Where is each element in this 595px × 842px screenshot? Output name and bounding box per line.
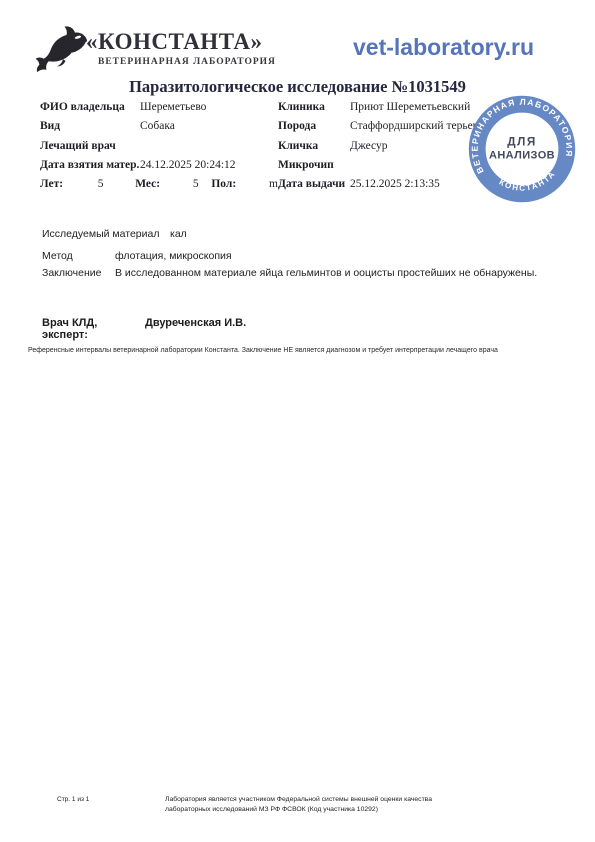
field-clinic: Клиника Приют Шереметьевский [278, 101, 493, 120]
field-label: Клиника [278, 101, 350, 113]
field-breed: Порода Стаффордширский терьер [278, 120, 493, 139]
years-label: Лет: [40, 178, 98, 197]
months-value: 5 [193, 178, 211, 197]
field-value: 25.12.2025 2:13:35 [350, 178, 440, 190]
field-value: 24.12.2025 20:24:12 [140, 159, 236, 171]
lab-website: vet-laboratory.ru [353, 34, 553, 61]
field-label: Дата взятия матер. [40, 159, 140, 171]
field-label: Микрочип [278, 159, 350, 171]
field-pet-name: Кличка Джесур [278, 140, 493, 159]
sex-value: m [269, 178, 278, 197]
signature-doctor-name: Двуреченская И.В. [145, 317, 246, 341]
field-label: Дата выдачи [278, 178, 350, 190]
months-label: Мес: [135, 178, 193, 197]
lab-report-page: «КОНСТАНТА» ВЕТЕРИНАРНАЯ ЛАБОРАТОРИЯ vet… [0, 0, 595, 842]
result-method-row: Метод флотация, микроскопия [42, 250, 562, 262]
patient-info-right: Клиника Приют Шереметьевский Порода Стаф… [278, 101, 493, 197]
field-value: Собака [140, 120, 175, 132]
field-issue-date: Дата выдачи 25.12.2025 2:13:35 [278, 178, 493, 197]
material-value: кал [170, 228, 187, 240]
field-value: Джесур [350, 140, 387, 152]
orca-logo-icon [34, 24, 92, 74]
field-microchip: Микрочип [278, 159, 493, 178]
field-owner: ФИО владельца Шереметьево [40, 101, 278, 120]
result-material-row: Исследуемый материал кал [42, 228, 562, 240]
lab-subtitle: ВЕТЕРИНАРНАЯ ЛАБОРАТОРИЯ [98, 57, 276, 67]
signature-row: Врач КЛД, эксперт: Двуреченская И.В. [42, 317, 246, 341]
field-label: Лечащий врач [40, 140, 140, 152]
result-conclusion-row: Заключение В исследованном материале яйц… [42, 267, 562, 279]
sex-label: Пол: [211, 178, 269, 197]
field-sampling-date: Дата взятия матер. 24.12.2025 20:24:12 [40, 159, 278, 178]
field-label: Вид [40, 120, 140, 132]
disclaimer-text: Референсные интервалы ветеринарной лабор… [28, 347, 568, 354]
field-label: ФИО владельца [40, 101, 140, 113]
field-age-sex: Лет: 5 Мес: 5 Пол: m [40, 178, 278, 197]
stamp-center-line1: ДЛЯ [507, 135, 537, 148]
results-section: Исследуемый материал кал Метод флотация,… [42, 228, 562, 279]
field-label: Порода [278, 120, 350, 132]
field-value: Стаффордширский терьер [350, 120, 478, 132]
conclusion-label: Заключение [42, 267, 115, 279]
field-value: Шереметьево [140, 101, 206, 113]
field-attending-vet: Лечащий врач [40, 140, 278, 159]
lab-name: «КОНСТАНТА» [86, 29, 263, 55]
method-value: флотация, микроскопия [115, 250, 232, 262]
patient-info-left: ФИО владельца Шереметьево Вид Собака Леч… [40, 101, 278, 197]
field-species: Вид Собака [40, 120, 278, 139]
field-label: Кличка [278, 140, 350, 152]
conclusion-value: В исследованном материале яйца гельминто… [115, 267, 537, 279]
page-number: Стр. 1 из 1 [57, 796, 89, 803]
field-value: Приют Шереметьевский [350, 101, 470, 113]
signature-label: Врач КЛД, эксперт: [42, 317, 145, 341]
method-label: Метод [42, 250, 115, 262]
material-label: Исследуемый материал [42, 228, 170, 240]
accreditation-note: Лаборатория является участником Федераль… [165, 795, 443, 814]
years-value: 5 [98, 178, 136, 197]
for-analyses-stamp: ВЕТЕРИНАРНАЯ ЛАБОРАТОРИЯ КОНСТАНТА ДЛЯ А… [466, 93, 578, 205]
stamp-center-line2: АНАЛИЗОВ [489, 150, 555, 162]
